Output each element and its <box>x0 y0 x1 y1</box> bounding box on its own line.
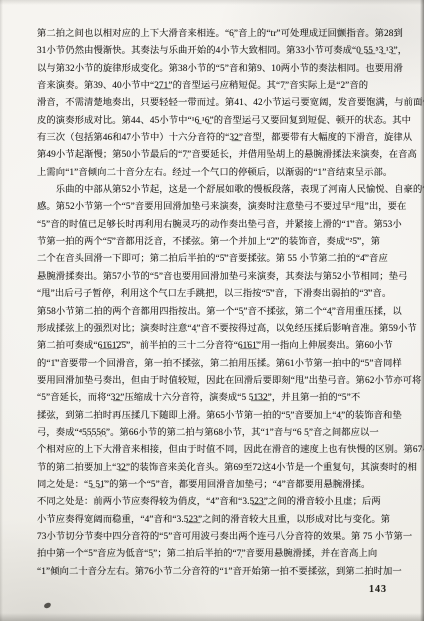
scan-edge-top <box>0 0 424 5</box>
text-line: 有三次（包括第46和47小节中）十六分音符的“3̲2̲”音型，都要带有大幅度的下… <box>37 130 391 147</box>
text-line: “5”音延长，而将“3̲2̲”压缩成十六分音符，演奏成“5 5̲1̲̇3̲2̲”… <box>37 390 391 407</box>
text-line: 第58小节第二拍的两个音都用四指按出。第一个“5̣”音不揉弦，第二个“4̣”音用… <box>37 304 391 321</box>
text-line: 感。第52小节第一个“5”音要用回滑加垫弓来演奏，演奏时注意垫弓不要过早“甩”出… <box>37 199 391 216</box>
text-line: 不同之处是：前两小节应奏得较为俏皮，“4”音和“3.5̲2̲3̲”之间的滑音较小… <box>37 494 391 511</box>
scan-edge-left <box>0 0 3 621</box>
scan-edge-right <box>420 0 424 621</box>
page-text: 第二拍之间也以相对应的上下大滑音来相连。“6̣”音上的“tr”可处理成迂回颤指音… <box>37 26 391 581</box>
text-line: “5”音的时值已足够长时再利用右腕灵巧的动作奏出垫弓音，并紧接上滑的“1̇”音。… <box>37 217 391 234</box>
text-line: 个相对应的上下大滑音来相接，但由于时值不同，因此在滑音的速度上也有快慢的区别。第… <box>37 442 391 459</box>
text-line: 31小节仍然由慢渐快。其奏法与乐曲开始的4小节大致相同。第33小节可奏成“0̲ … <box>37 43 391 60</box>
text-line: 音来演奏。第39、40小节中“2̲7̲1̲”的音型运弓应稍短促。其“7̣”音实际… <box>37 78 391 95</box>
text-line: “甩”出后弓子暂停，利用这个气口左手跳把，以三指按“5̇”音，下滑奏出弱拍的“3… <box>37 286 391 303</box>
text-line: 拍中第一个“5”音应为低音“5̣”；第二拍后半拍的“7̣”音要用悬腕滑揉，并在音… <box>37 546 391 563</box>
text-line: “1”倾向二十音分左右。第76小节二分音符的“1”音开始第一拍不要揉弦，到第二拍… <box>37 564 391 581</box>
text-line: 的“1̇”音要带一个回滑音，第一拍不揉弦，第二拍用压揉。第61小节第一拍中的“5… <box>37 356 391 373</box>
text-line: 要用回滑加垫弓奏出，但由于时值较短，因此在回滑后要即刻“甩”出垫弓音。第62小节… <box>37 373 391 390</box>
page-number: 143 <box>369 584 387 595</box>
text-line: 悬腕滑揉奏出。第57小节的“5”音也要用回滑加垫弓来演奏，其奏法与第52小节相同… <box>37 269 391 286</box>
text-line: 73小节切分节奏中四分音符的“5”音可用波弓奏出两个连弓八分音符的效果。第 75… <box>37 529 391 546</box>
text-line: 同之处是：“5̲ 5̲1̇”的第一个“5”音，都要用回滑音加垫弓；“4”音都要用… <box>37 477 391 494</box>
text-line: 形成揉弦上的强烈对比；演奏时注意“4̣”音不要按得过高，以免经压揉后影响音准。第… <box>37 321 391 338</box>
text-line: 弓，奏成“⁴5̣5̣5̣5̣6̣”。第66小节的第二拍与第68小节，其“1”音与… <box>37 425 391 442</box>
text-line: 第二拍可奏成“6̲1̲̇6̲1̲̇2̇5̇”，前半拍的三十二分音符“6̲1̲̇6… <box>37 338 391 355</box>
scan-edge-bottom <box>0 613 424 621</box>
text-line: 滑音，不需清楚地奏出，只要轻轻一带而过。第41、42小节运弓要宽阔，发音要饱满，… <box>37 95 391 112</box>
text-line: 皮的演奏形成对比。第44、45小节中“¹6̲ ¹6̲”的音型运弓又要回复到短促、… <box>37 113 391 130</box>
text-line: 第二拍之间也以相对应的上下大滑音来相连。“6̣”音上的“tr”可处理成迂回颤指音… <box>37 26 391 43</box>
text-line: 节第一拍的两个“5̇”音都用泛音，不揉弦。第一个并加上“2̇”的装饰音，奏成“²… <box>37 234 391 251</box>
text-line: 二个在音头回滑一下即可；第二拍后半拍的“5̇”音要揉弦。第 55 小节第二拍的“… <box>37 251 391 268</box>
text-line: 揉弦，到第二拍时再压揉几下随即上滑。第65小节第一拍的“5̣”音要加上“4̣”的… <box>37 408 391 425</box>
text-line: 以与第32小节的旋律形成变化。第38小节的“5”音和第9、10两小节的奏法相同。… <box>37 61 391 78</box>
text-line: 乐曲的中部从第52小节起，这是一个舒展如歌的慢板段落，表现了河南人民愉悦、自豪的… <box>37 182 391 199</box>
scan-speck <box>43 602 51 609</box>
text-line: 第49小节起渐慢；第50小节最后的“7̣”音要延长，并借用坠胡上的悬腕滑揉法来演… <box>37 147 391 164</box>
text-line: 上需向“1”音倾向二十音分左右。经过一个气口的停顿后，以渐弱的“1”音结束呈示部… <box>37 165 391 182</box>
document-page: 第二拍之间也以相对应的上下大滑音来相连。“6̣”音上的“tr”可处理成迂回颤指音… <box>0 0 424 621</box>
text-line: 节的第二拍要加上“3̲2̲”的装饰音来美化音头。第69至72这4小节是一个重复句… <box>37 460 391 477</box>
text-line: 小节应奏得宽阔而稳重，“4”音和“3.5̲2̲3̲”之间的滑音较大且重，以形成对… <box>37 512 391 529</box>
